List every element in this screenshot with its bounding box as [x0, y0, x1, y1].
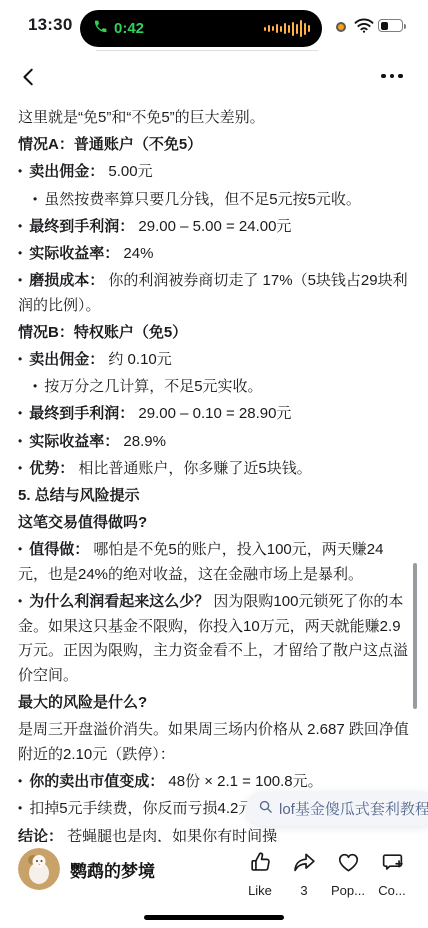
share-arrow-icon — [292, 850, 317, 880]
share-count-label: 3 — [300, 883, 307, 898]
search-icon — [258, 799, 273, 818]
more-options-button[interactable] — [372, 64, 412, 88]
call-duration: 0:42 — [114, 20, 144, 37]
like-button[interactable]: Like — [238, 846, 282, 898]
paragraph-case-b-commission-note: •按万分之几计算，不足5元实收。 — [18, 375, 412, 400]
search-suggestion-text: lof基金傻瓜式套利教程 — [279, 798, 428, 819]
bullet: • — [18, 401, 22, 426]
favorite-button[interactable]: Pop... — [326, 846, 370, 898]
wifi-icon — [354, 18, 374, 38]
bullet: • — [18, 589, 22, 614]
bullet: • — [18, 214, 22, 239]
paragraph-case-a-heading: 情况A：普通账户（不免5） — [18, 133, 412, 158]
paragraph-worth-question: 这笔交易值得做吗? — [18, 511, 412, 536]
share-button[interactable]: 3 — [282, 846, 326, 898]
heart-icon — [336, 850, 361, 880]
back-button[interactable] — [12, 60, 46, 94]
comment-button[interactable]: Co... — [370, 846, 414, 898]
paragraph-case-b-commission: •卖出佣金： 约 0.10元 — [18, 348, 412, 373]
bullet: • — [18, 241, 22, 266]
thumbs-up-icon — [248, 850, 273, 880]
paragraph-case-b-heading: 情况B：特权账户（免5） — [18, 321, 412, 346]
status-time: 13:30 — [28, 15, 72, 35]
bullet: • — [33, 187, 37, 212]
author-username: 鹦鹉的梦境 — [70, 857, 155, 882]
recording-indicator-icon — [336, 22, 346, 32]
bullet: • — [18, 159, 22, 184]
paragraph-case-a-commission: •卖出佣金： 5.00元 — [18, 160, 412, 185]
screen: { "status_bar": { "time": "13:30", "call… — [0, 0, 428, 928]
bullet: • — [18, 268, 22, 293]
bullet: • — [18, 456, 22, 481]
scrollbar-thumb[interactable] — [413, 563, 417, 709]
bullet: • — [18, 347, 22, 372]
phone-icon — [93, 19, 108, 39]
paragraph-risk-intro: 是周三开盘溢价消失。如果周三场内价格从 2.687 跌回净值附近的2.10元（跌… — [18, 718, 412, 767]
paragraph-risk-question: 最大的风险是什么? — [18, 691, 412, 716]
article-body: 这里就是“免5”和“不免5”的巨大差别。情况A：普通账户（不免5）•卖出佣金： … — [0, 102, 428, 879]
bullet: • — [18, 429, 22, 454]
bullet: • — [18, 796, 22, 821]
battery-icon — [378, 19, 403, 32]
paragraph-case-a-return: •实际收益率： 24% — [18, 242, 412, 267]
paragraph-case-b-advantage: •优势： 相比普通账户，你多赚了近5块钱。 — [18, 457, 412, 482]
paragraph-case-a-commission-note: •虽然按费率算只要几分钱，但不足5元按5元收。 — [18, 188, 412, 213]
call-status-pill[interactable]: 0:42 — [80, 10, 322, 47]
home-indicator[interactable] — [144, 915, 284, 920]
paragraph-why-small-profit: •为什么利润看起来这么少？ 因为限购100元锁死了你的本金。如果这只基金不限购，… — [18, 590, 412, 688]
paragraph-intro: 这里就是“免5”和“不免5”的巨大差别。 — [18, 106, 412, 131]
avatar[interactable] — [18, 848, 60, 890]
paragraph-case-b-return: •实际收益率： 28.9% — [18, 430, 412, 455]
bullet: • — [33, 374, 37, 399]
audio-waveform-icon — [264, 19, 310, 39]
search-suggestion-pill[interactable]: lof基金傻瓜式套利教程 — [246, 791, 428, 826]
bullet: • — [18, 769, 22, 794]
action-buttons: Like 3 Pop... — [238, 846, 414, 898]
paragraph-summary-heading: 5. 总结与风险提示 — [18, 484, 412, 509]
comment-plus-icon — [380, 850, 405, 880]
bullet: • — [18, 537, 22, 562]
paragraph-case-b-profit: •最终到手利润： 29.00 – 0.10 = 28.90元 — [18, 402, 412, 427]
favorite-label: Pop... — [331, 883, 365, 898]
paragraph-worth-answer: •值得做： 哪怕是不免5的账户，投入100元，两天赚24元，也是24%的绝对收益… — [18, 538, 412, 587]
paragraph-case-a-profit: •最终到手利润： 29.00 – 5.00 = 24.00元 — [18, 215, 412, 240]
status-bar: 13:30 0:42 — [0, 0, 428, 54]
footer-bar: 鹦鹉的梦境 Like 3 — [0, 842, 428, 928]
like-label: Like — [248, 883, 272, 898]
paragraph-case-a-cost: •磨损成本： 你的利润被券商切走了 17%（5块钱占29块利润的比例）。 — [18, 269, 412, 318]
comment-label: Co... — [378, 883, 405, 898]
author-profile[interactable]: 鹦鹉的梦境 — [18, 848, 155, 890]
nav-bar — [0, 52, 428, 100]
header-divider — [96, 50, 318, 51]
